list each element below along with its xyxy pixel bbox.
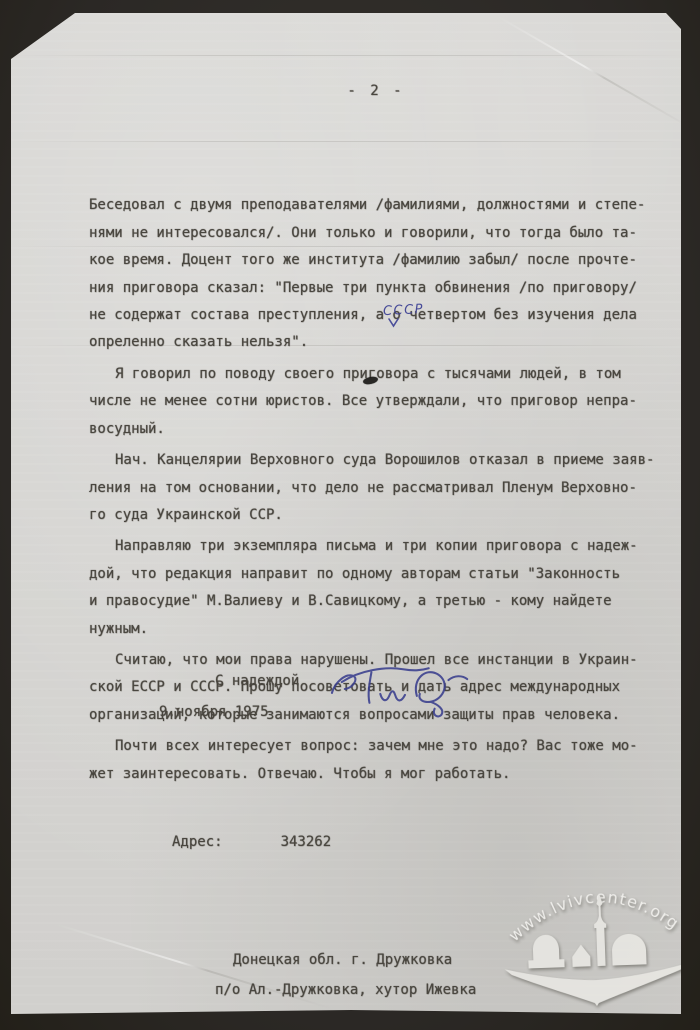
typed-line: Почти всех интересует вопрос: зачем мне … (89, 733, 663, 760)
signature-handwriting (326, 654, 484, 720)
typed-line: кое время. Доцент того же института /фам… (89, 247, 663, 274)
date-line: 9.ноября 1975 (159, 699, 269, 726)
page-number: - 2 - (89, 78, 663, 105)
typed-line: ния приговора сказал: "Первые три пункта… (89, 275, 663, 302)
typed-line: ления на том основании, что дело не расс… (89, 475, 663, 502)
typed-line: числе не менее сотни юристов. Все утверж… (89, 388, 663, 415)
typed-line: го суда Украинской ССР. (89, 502, 663, 529)
typed-line: дой, что редакция направит по одному авт… (89, 561, 663, 588)
typed-line: и правосудие" М.Валиеву и В.Савицкому, а… (89, 588, 663, 615)
typed-line: восудный. (89, 416, 663, 443)
address-first-row: Адрес:343262 (172, 828, 700, 858)
handwritten-insertion-cccp: СССР (383, 302, 425, 319)
watermark-arc-text: www.lvivcenter.org (503, 884, 684, 945)
paragraph: Беседовал с двумя преподавателями /фамил… (89, 192, 663, 356)
address-label: Адрес: (172, 834, 223, 850)
closing-line: С надеждой (215, 668, 299, 695)
typed-line: Я говорил по поводу своего приговора с т… (89, 361, 663, 388)
typed-line: не содержат состава преступления, а о че… (89, 302, 663, 329)
typed-line: Направляю три экземпляра письма и три ко… (89, 533, 663, 560)
typed-line: опреленно сказать нельзя". (89, 329, 663, 356)
paragraph: Направляю три экземпляра письма и три ко… (89, 533, 663, 643)
typed-line: Нач. Канцелярии Верховного суда Ворошило… (89, 447, 663, 474)
postal-code: 343262 (281, 834, 332, 850)
typed-line: нями не интересовался/. Они только и гов… (89, 220, 663, 247)
scanned-letter-page: - 2 - Беседовал с двумя преподавателями … (11, 13, 681, 1014)
paragraph: Нач. Канцелярии Верховного суда Ворошило… (89, 447, 663, 529)
paragraph: Я говорил по поводу своего приговора с т… (89, 361, 663, 443)
typed-line: Беседовал с двумя преподавателями /фамил… (89, 192, 663, 219)
insertion-caret-icon (388, 318, 400, 328)
lvivcenter-watermark: www.lvivcenter.org (498, 877, 699, 1022)
typed-line: нужным. (89, 616, 663, 643)
